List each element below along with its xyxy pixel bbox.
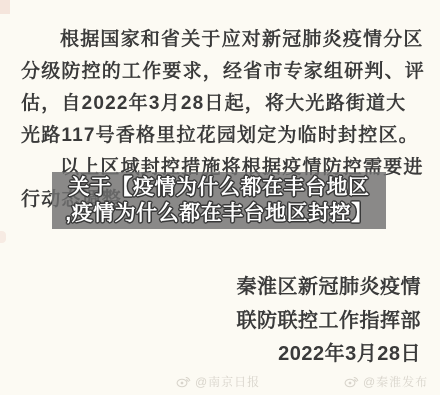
red-edge-mark [0,231,6,243]
watermark-label: @南京日报 [195,373,260,390]
watermark-label: @秦淮发布 [363,373,428,390]
body-line: 根据国家和省关于应对新冠肺炎疫情分区 [21,24,423,56]
red-corner-mark [0,0,10,14]
watermark-left: @南京日报 [176,373,260,390]
signature-org-line: 联防联控工作指挥部 [237,305,422,339]
signature-date: 2022年3月28日 [237,338,422,372]
signature-org-line: 秦淮区新冠肺炎疫情 [237,271,422,305]
body-line: 分级防控的工作要求，经省市专家组研判、评 [21,56,423,88]
signature-block: 秦淮区新冠肺炎疫情 联防联控工作指挥部 2022年3月28日 [237,271,422,372]
body-line: 光路117号香格里拉花园划定为临时封控区。 [21,120,423,152]
body-line: 估，自2022年3月28日起，将大光路街道大 [21,88,423,120]
weibo-icon [176,375,191,388]
caption-line: 关于【疫情为什么都在丰台地区 [69,175,370,201]
notice-image: 根据国家和省关于应对新冠肺炎疫情分区 分级防控的工作要求，经省市专家组研判、评 … [0,0,440,395]
caption-overlay: 关于【疫情为什么都在丰台地区 ,疫情为什么都在丰台地区封控】 [52,172,386,229]
watermark-right: @秦淮发布 [344,373,428,390]
weibo-icon [344,375,359,388]
caption-line: ,疫情为什么都在丰台地区封控】 [65,201,372,227]
